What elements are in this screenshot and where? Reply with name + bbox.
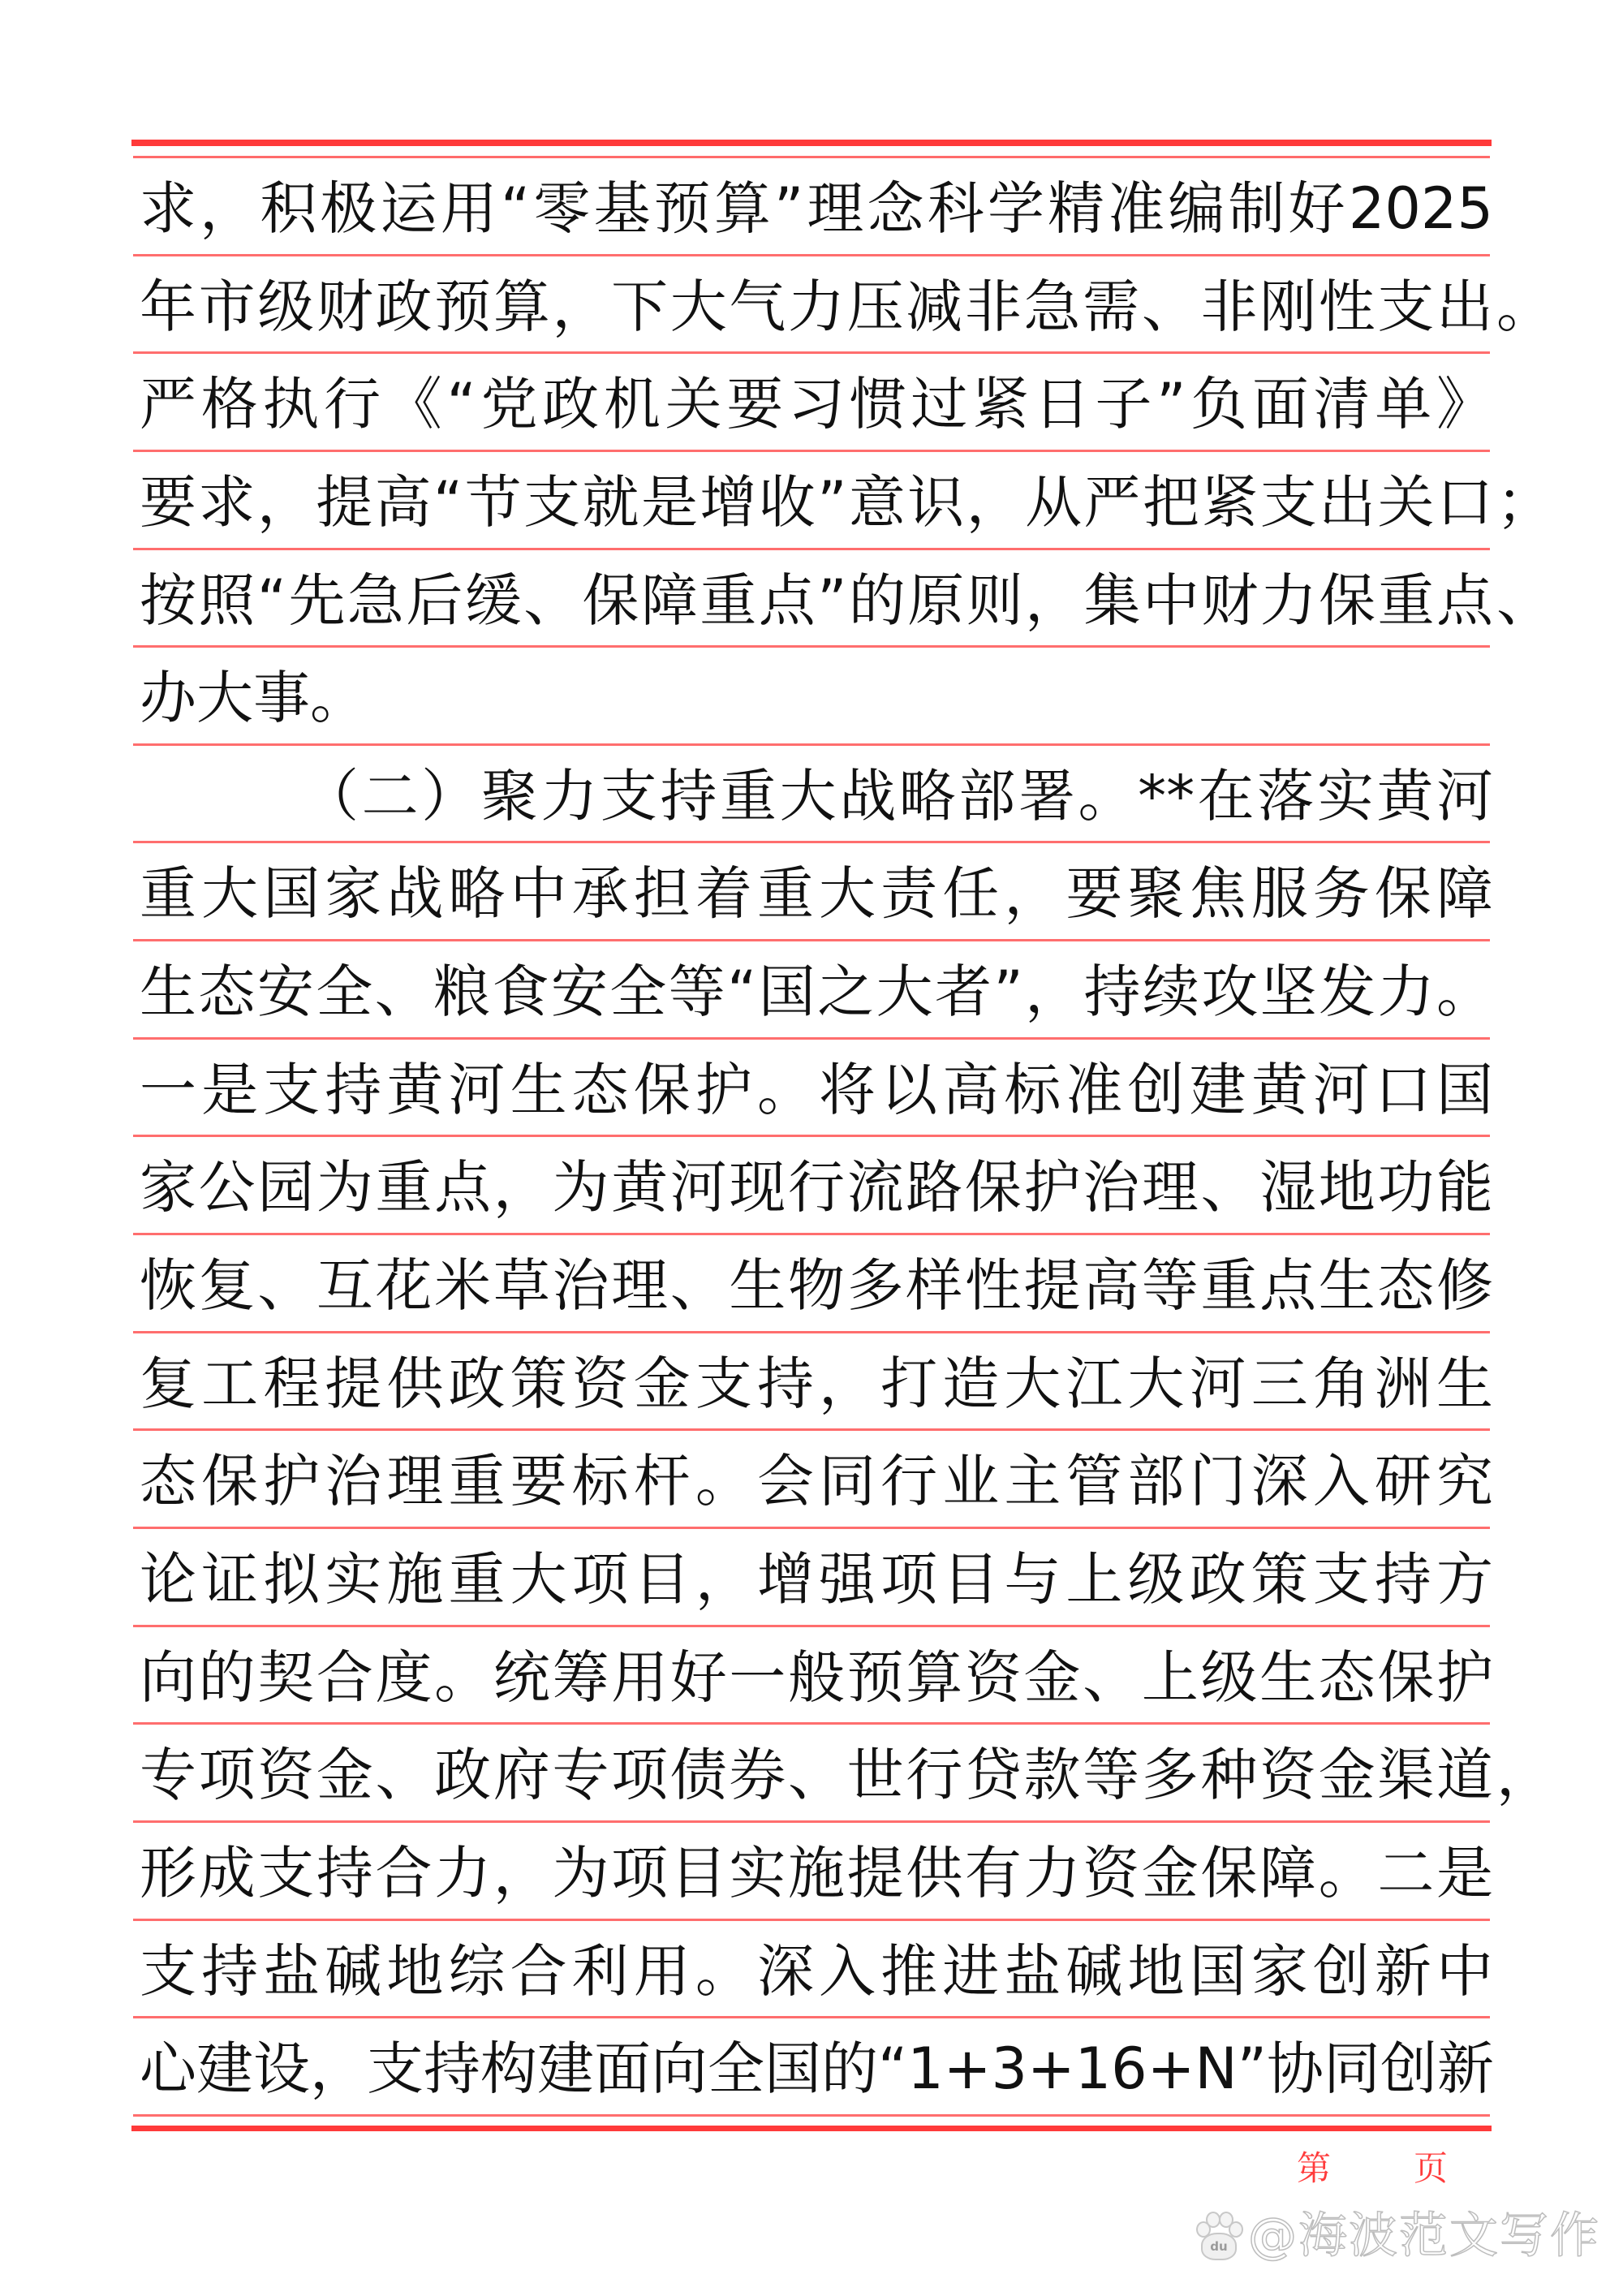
text-line: 一是支持黄河生态保护。将以高标准创建黄河口国 [133, 1040, 1490, 1138]
text-line: 向的契合度。统筹用好一般预算资金、上级生态保护 [133, 1627, 1490, 1725]
text-line: 要求，提高“节支就是增收”意识，从严把紧支出关口； [133, 452, 1490, 550]
ruled-text-body: 求，积极运用“零基预算”理念科学精准编制好2025 年市级财政预算，下大气力压减… [0, 158, 1623, 2117]
line-text: 专项资金、政府专项债券、世行贷款等多种资金渠道 [140, 1741, 1493, 1809]
line-text: 生态安全、粮食安全等“国之大者”，持续攻坚发力。 [140, 958, 1493, 1026]
line-text: 复工程提供政策资金支持，打造大江大河三角洲生 [140, 1350, 1493, 1418]
line-text: 按照“先急后缓、保障重点”的原则，集中财力保重点 [140, 566, 1493, 635]
line-text: 心建设，支持构建面向全国的“1+3+16+N”协同创新 [140, 2035, 1493, 2103]
text-line: 年市级财政预算，下大气力压减非急需、非刚性支出。 [133, 256, 1490, 355]
line-text: 求，积极运用“零基预算”理念科学精准编制好2025 [140, 174, 1493, 243]
bottom-thick-rule [131, 2126, 1492, 2131]
baidu-paw-icon: du [1196, 2212, 1242, 2260]
document-page: 求，积极运用“零基预算”理念科学精准编制好2025 年市级财政预算，下大气力压减… [0, 0, 1623, 2296]
page-label-suffix: 页 [1414, 2149, 1448, 2188]
page-number-label: 第 页 [1297, 2149, 1451, 2188]
hanging-punctuation: 。 [1496, 273, 1553, 341]
line-text: 向的契合度。统筹用好一般预算资金、上级生态保护 [140, 1643, 1493, 1712]
line-text: 论证拟实施重大项目，增强项目与上级政策支持方 [140, 1545, 1493, 1613]
baidu-du-label: du [1201, 2233, 1237, 2260]
line-text: 年市级财政预算，下大气力压减非急需、非刚性支出 [140, 273, 1493, 341]
text-line: 专项资金、政府专项债券、世行贷款等多种资金渠道， [133, 1725, 1490, 1823]
top-thick-rule [131, 140, 1492, 146]
line-text: 重大国家战略中承担着重大责任，要聚焦服务保障 [140, 859, 1493, 928]
hanging-punctuation: ； [1496, 468, 1553, 536]
line-text: 一是支持黄河生态保护。将以高标准创建黄河口国 [140, 1056, 1493, 1124]
line-text: 恢复、互花米草治理、生物多样性提高等重点生态修 [140, 1251, 1493, 1320]
line-text: 要求，提高“节支就是增收”意识，从严把紧支出关口 [140, 468, 1493, 536]
text-line: 按照“先急后缓、保障重点”的原则，集中财力保重点、 [133, 550, 1490, 648]
line-text: 形成支持合力，为项目实施提供有力资金保障。二是 [140, 1839, 1493, 1907]
text-line: 恢复、互花米草治理、生物多样性提高等重点生态修 [133, 1235, 1490, 1333]
text-line: （二）聚力支持重大战略部署。**在落实黄河 [133, 746, 1490, 844]
section-heading-line: （二）聚力支持重大战略部署。**在落实黄河 [140, 762, 1493, 830]
text-line: 家公园为重点，为黄河现行流路保护治理、湿地功能 [133, 1137, 1490, 1235]
text-line: 复工程提供政策资金支持，打造大江大河三角洲生 [133, 1333, 1490, 1432]
text-line: 重大国家战略中承担着重大责任，要聚焦服务保障 [133, 843, 1490, 941]
text-line: 生态安全、粮食安全等“国之大者”，持续攻坚发力。 [133, 941, 1490, 1040]
text-line: 求，积极运用“零基预算”理念科学精准编制好2025 [133, 158, 1490, 256]
line-text: 严格执行《“党政机关要习惯过紧日子”负面清单》 [140, 370, 1493, 438]
line-text: 办大事。 [140, 664, 1493, 732]
hanging-punctuation: ， [1496, 1741, 1553, 1809]
line-text: 支持盐碱地综合利用。深入推进盐碱地国家创新中 [140, 1937, 1493, 2005]
text-line: 态保护治理重要标杆。会同行业主管部门深入研究 [133, 1431, 1490, 1529]
line-text: 态保护治理重要标杆。会同行业主管部门深入研究 [140, 1447, 1493, 1515]
text-line: 办大事。 [133, 648, 1490, 746]
text-line: 心建设，支持构建面向全国的“1+3+16+N”协同创新 [133, 2018, 1490, 2117]
watermark-text: @海波范文写作 [1248, 2209, 1600, 2263]
text-line: 形成支持合力，为项目实施提供有力资金保障。二是 [133, 1823, 1490, 1921]
line-text: 家公园为重点，为黄河现行流路保护治理、湿地功能 [140, 1153, 1493, 1221]
text-line: 论证拟实施重大项目，增强项目与上级政策支持方 [133, 1529, 1490, 1627]
watermark: du @海波范文写作 [1196, 2209, 1602, 2263]
page-label-prefix: 第 [1297, 2149, 1331, 2188]
text-line: 支持盐碱地综合利用。深入推进盐碱地国家创新中 [133, 1921, 1490, 2019]
hanging-punctuation: 、 [1496, 566, 1553, 635]
text-line: 严格执行《“党政机关要习惯过紧日子”负面清单》 [133, 354, 1490, 452]
